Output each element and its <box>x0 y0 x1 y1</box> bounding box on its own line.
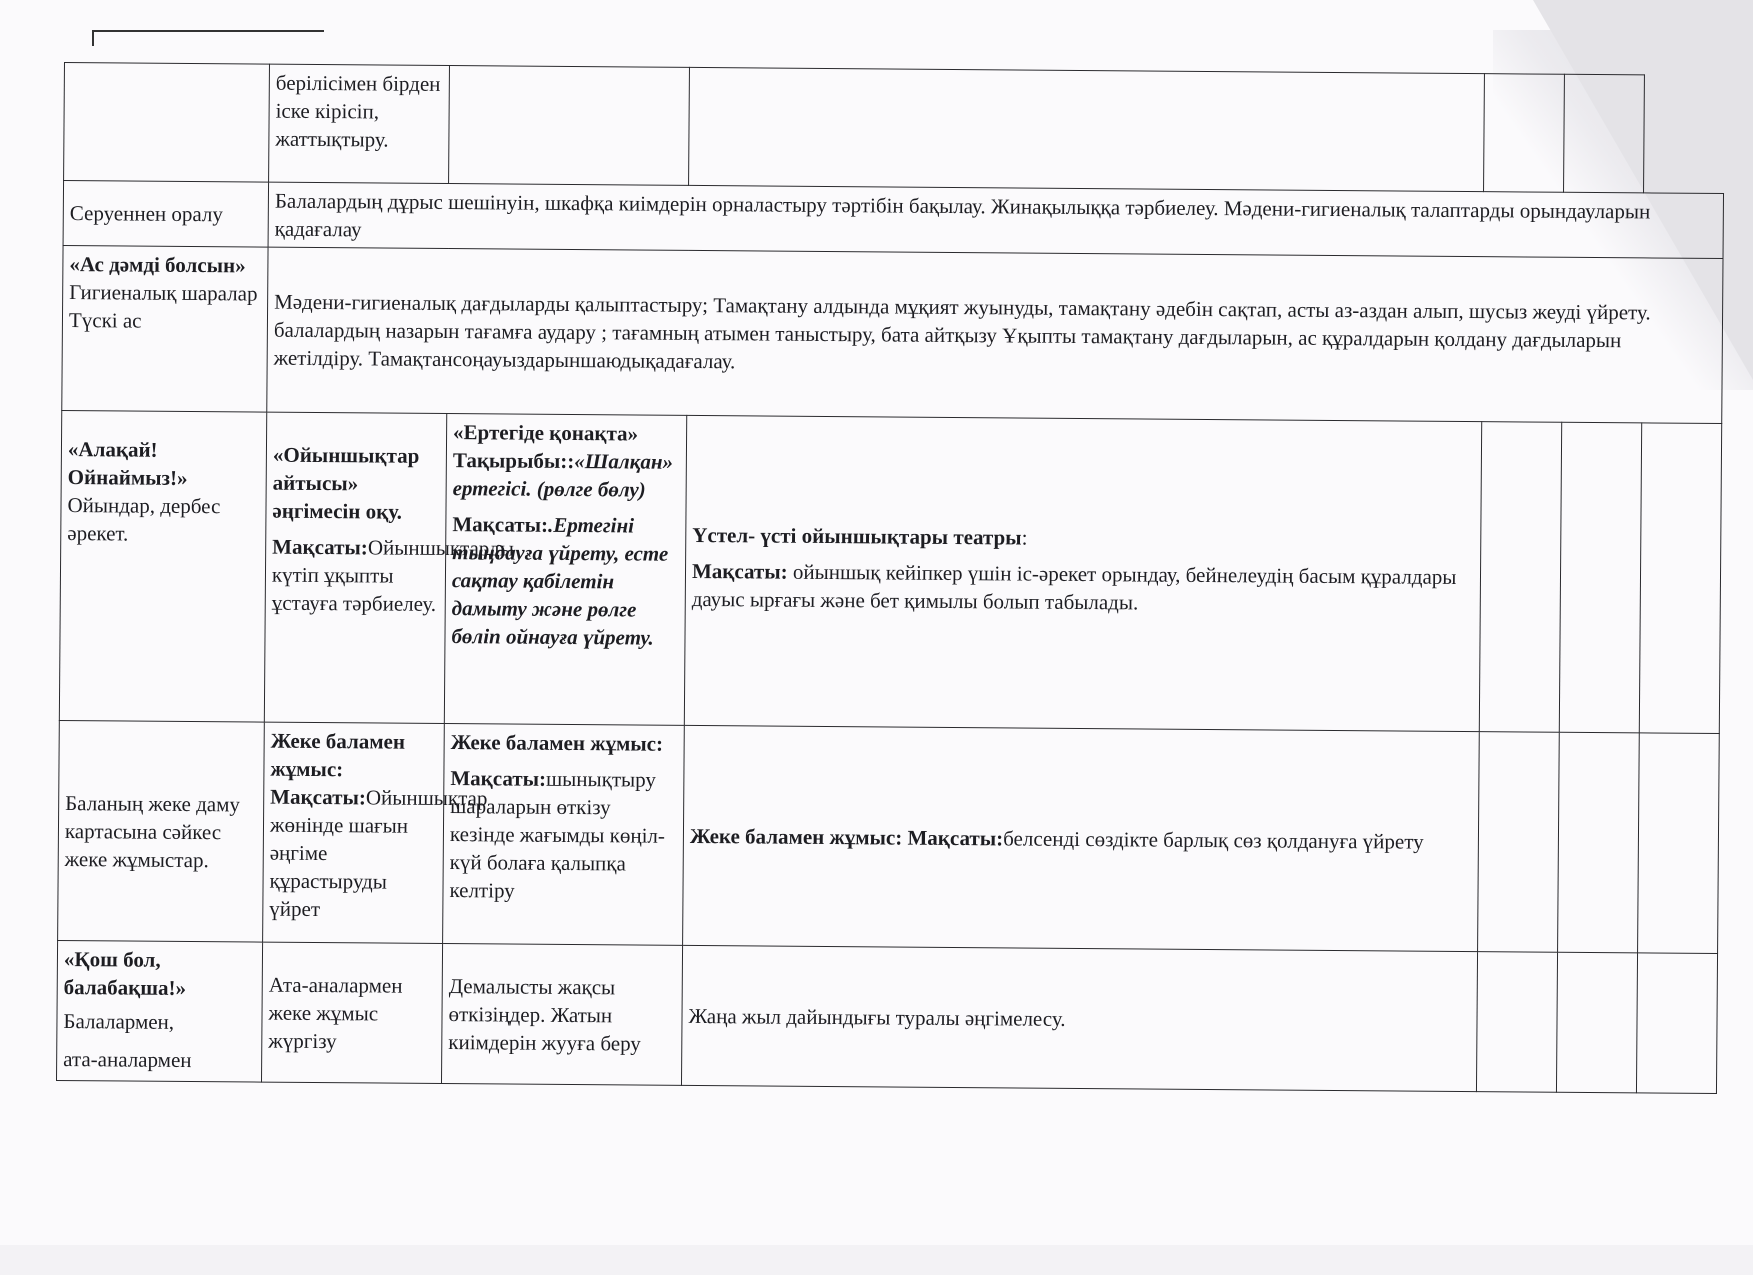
title-suffix: : <box>1022 525 1028 549</box>
games-col1: «Ойыншықтар айтысы» әңгімесін оқу. Мақса… <box>264 412 446 723</box>
row-subtitle: Гигиеналық шаралар Түскі ас <box>69 278 261 336</box>
activity-title: Үстел- үсті ойыншықтары театры <box>692 522 1022 549</box>
activity-title: Жеке баламен жұмыс: <box>270 727 437 784</box>
table-row-individual-work: Баланың жеке даму картасына сәйкес жеке … <box>58 720 1720 953</box>
activity-title: «Ойыншықтар айтысы» әңгімесін оқу. <box>272 441 440 526</box>
row-label: Серуеннен оралу <box>63 181 269 248</box>
table-row-goodbye: «Қош бол, балабақша!» Балалармен, ата-ан… <box>57 940 1718 1093</box>
row-label-cell <box>64 63 270 183</box>
activity-title: Жеке баламен жұмыс: <box>451 728 678 758</box>
row-subtitle: Ойындар, дербес әрекет. <box>67 491 259 549</box>
previous-table-edge <box>92 30 324 46</box>
empty-cell <box>1564 74 1645 193</box>
goal-label: Мақсаты: <box>692 558 788 583</box>
goodbye-col2: Демалысты жақсы өткізіңдер. Жатын киімде… <box>441 944 682 1086</box>
row-title: «Ас дәмді болсын» <box>69 250 261 280</box>
games-col3: Үстел- үсті ойыншықтары театры: Мақсаты:… <box>684 415 1481 731</box>
row-subtitle: ата-аналармен <box>63 1045 255 1075</box>
row-label: Баланың жеке даму картасына сәйкес жеке … <box>58 720 265 942</box>
goal-label: Мақсаты: <box>270 785 366 810</box>
empty-cell <box>1558 732 1640 953</box>
row-label: «Ас дәмді болсын» Гигиеналық шаралар Түс… <box>62 245 268 412</box>
individual-col1: Жеке баламен жұмыс: Мақсаты:Ойыншықтар ж… <box>263 722 445 943</box>
empty-cell <box>1476 952 1557 1093</box>
row-label: «Алақай! Ойнаймыз!» Ойындар, дербес әрек… <box>59 410 266 722</box>
empty-cell <box>449 66 690 186</box>
table-row-continued: берілісімен бірден іске кірісіп, жаттықт… <box>64 63 1725 194</box>
row-text: Мәдени-гигиеналық дағдыларды қалыптастыр… <box>267 247 1723 423</box>
table-row-lunch: «Ас дәмді болсын» Гигиеналық шаралар Түс… <box>62 245 1723 423</box>
empty-cell <box>1636 953 1717 1094</box>
empty-cell <box>1484 74 1565 193</box>
empty-cell <box>1559 422 1641 733</box>
daily-plan-table: берілісімен бірден іске кірісіп, жаттықт… <box>56 62 1725 1094</box>
plan-table-sheet: берілісімен бірден іске кірісіп, жаттықт… <box>56 62 1724 1094</box>
empty-cell <box>1479 422 1561 733</box>
row-subtitle: Балалармен, <box>63 1007 255 1037</box>
row-title: «Қош бол, балабақша!» <box>64 945 256 1003</box>
row-text: Балалардың дұрыс шешінуін, шкафқа киімде… <box>268 182 1723 258</box>
empty-cell <box>1478 732 1560 953</box>
goodbye-col3: Жаңа жыл дайындығы туралы әңгімелесу. <box>681 945 1477 1091</box>
goal-text: ойыншық кейіпкер үшін іс-әрекет орындау,… <box>692 559 1457 614</box>
empty-cell <box>689 67 1485 191</box>
games-col2: «Ертегіде қонақта» Тақырыбы::«Шалқан» ер… <box>444 414 686 726</box>
individual-col3: Жеке баламен жұмыс: Мақсаты:белсенді сөз… <box>683 725 1480 951</box>
individual-col2: Жеке баламен жұмыс: Мақсаты:шынықтыру ша… <box>443 724 685 946</box>
goal-label: Мақсаты: <box>452 512 548 537</box>
page-bottom-margin <box>0 1245 1753 1275</box>
empty-cell <box>1638 733 1720 954</box>
empty-cell <box>1639 423 1721 734</box>
row-title: «Алақай! Ойнаймыз!» <box>68 435 260 493</box>
empty-cell <box>1644 75 1725 194</box>
goal-label: Мақсаты: <box>450 766 546 791</box>
goal-text: белсенді сөздікте барлық сөз қолдануға ү… <box>1003 826 1424 853</box>
empty-cell <box>1556 952 1637 1093</box>
lunch-description: Мәдени-гигиеналық дағдыларды қалыптастыр… <box>274 288 1717 383</box>
row-label: «Қош бол, балабақша!» Балалармен, ата-ан… <box>57 940 263 1082</box>
table-row-games: «Алақай! Ойнаймыз!» Ойындар, дербес әрек… <box>59 410 1721 733</box>
activity-title: Жеке баламен жұмыс: Мақсаты: <box>690 823 1003 849</box>
continued-text: берілісімен бірден іске кірісіп, жаттықт… <box>269 64 450 183</box>
goal-label: Мақсаты: <box>272 535 368 560</box>
goodbye-col1: Ата-аналармен жеке жұмыс жүргізу <box>261 942 442 1083</box>
